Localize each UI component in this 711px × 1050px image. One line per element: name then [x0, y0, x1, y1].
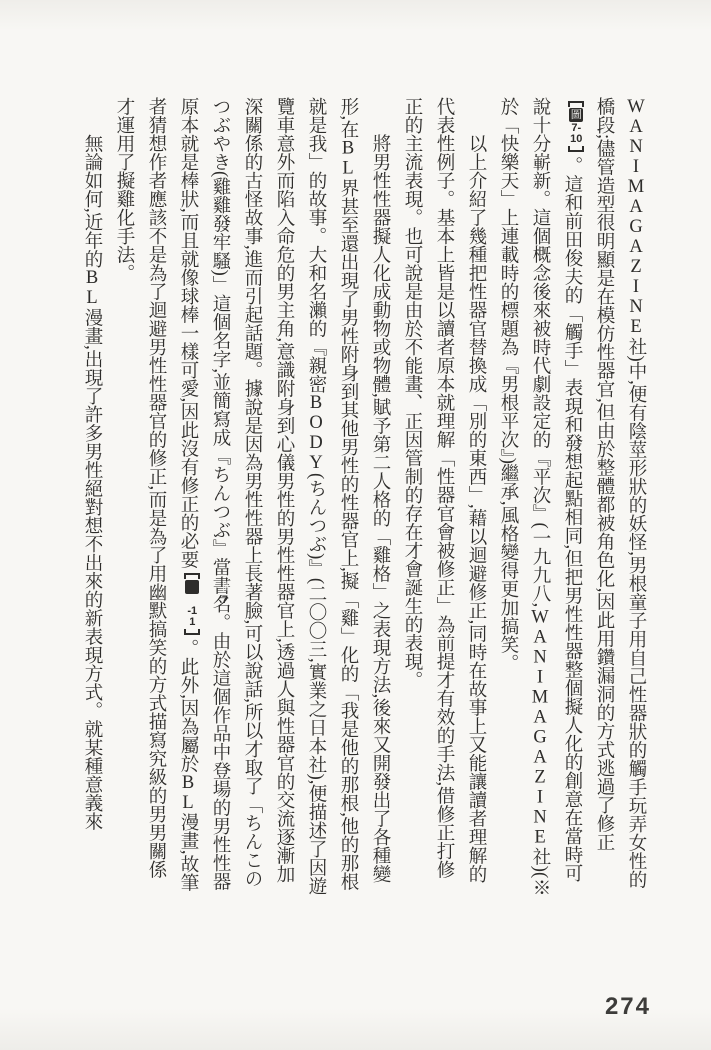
- figure-ref-7-10-box: 圖7-10: [566, 101, 586, 152]
- paragraph-text: WANIMAGAZINE社)中,便有陰莖形狀的妖怪,男根童子用自己性器狀的觸手玩…: [594, 97, 646, 889]
- paragraph-text: 無論如何,近年的BL漫畫,出現了許多男性絕對想不出來的新表現方式。就某種意義來: [82, 134, 102, 831]
- page-number: 274: [605, 993, 651, 1021]
- bracket-top-icon: [568, 101, 584, 107]
- figure-ref-prefix: 圖: [185, 580, 199, 594]
- paragraph-1: WANIMAGAZINE社)中,便有陰莖形狀的妖怪,男根童子用自己性器狀的觸手玩…: [492, 97, 652, 897]
- bracket-top-icon: [184, 573, 200, 579]
- paragraph-text: 將男性性器擬人化成動物或物體,賦予第二人格的「雞格」之表現方法,後來又開發出了各…: [178, 97, 390, 895]
- paragraph-4: 無論如何,近年的BL漫畫,出現了許多男性絕對想不出來的新表現方式。就某種意義來: [76, 97, 108, 897]
- paragraph-2: 以上介紹了幾種把性器官替換成「別的東西」,藉以迴避修正,同時在故事上又能讓讀者理…: [396, 97, 492, 897]
- figure-ref-number: 7-10: [569, 123, 584, 145]
- figure-ref-number: 7-11: [185, 595, 200, 628]
- page-text-block: WANIMAGAZINE社)中,便有陰莖形狀的妖怪,男根童子用自己性器狀的觸手玩…: [76, 97, 652, 897]
- paragraph-text: 。這和前田俊夫的「觸手」表現和發想起點相同,但把男性性器整個擬人化的創意在當時可…: [498, 97, 582, 897]
- paragraph-3: 將男性性器擬人化成動物或物體,賦予第二人格的「雞格」之表現方法,後來又開發出了各…: [108, 97, 396, 897]
- bracket-bottom-icon: [568, 146, 584, 152]
- book-page: WANIMAGAZINE社)中,便有陰莖形狀的妖怪,男根童子用自己性器狀的觸手玩…: [0, 0, 711, 1050]
- bracket-bottom-icon: [184, 629, 200, 635]
- paragraph-text: 以上介紹了幾種把性器官替換成「別的東西」,藉以迴避修正,同時在故事上又能讓讀者理…: [402, 97, 486, 883]
- figure-ref-prefix: 圖: [569, 108, 583, 122]
- figure-ref-7-11-box: 圖7-11: [182, 573, 202, 635]
